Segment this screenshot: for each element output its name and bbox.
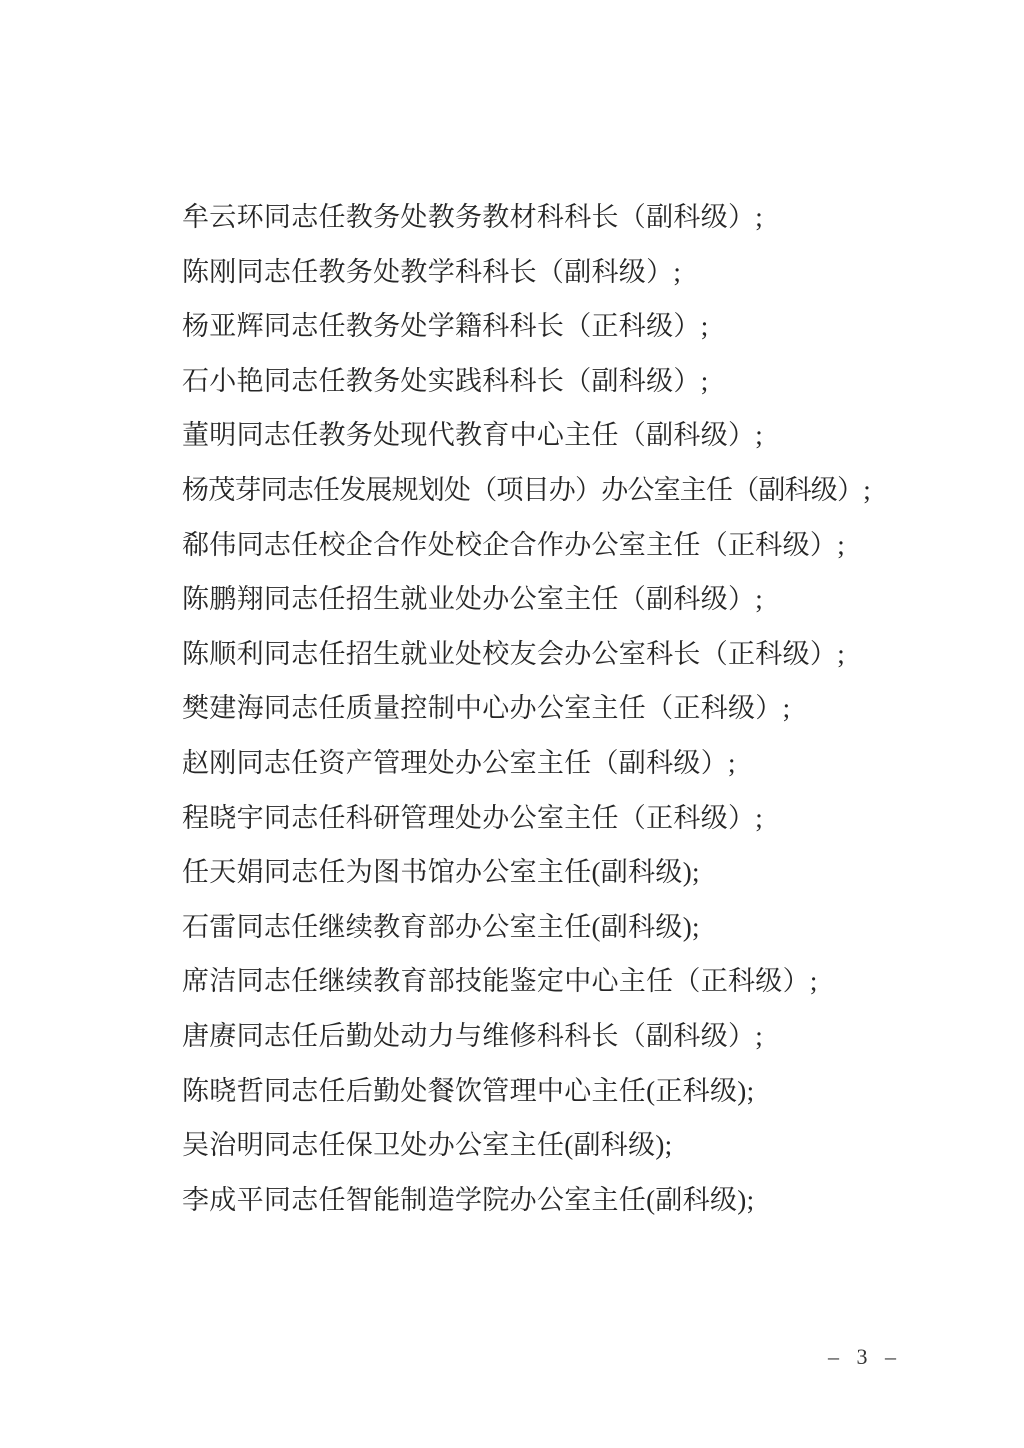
appointment-line: 李成平同志任智能制造学院办公室主任(副科级);: [182, 1173, 964, 1228]
appointment-line: 郗伟同志任校企合作处校企合作办公室主任（正科级）;: [182, 518, 964, 573]
appointment-line: 任天娟同志任为图书馆办公室主任(副科级);: [182, 845, 964, 900]
appointment-line: 陈顺利同志任招生就业处校友会办公室科长（正科级）;: [182, 627, 964, 682]
appointment-line: 石雷同志任继续教育部办公室主任(副科级);: [182, 900, 964, 955]
appointment-line: 席洁同志任继续教育部技能鉴定中心主任（正科级）;: [182, 954, 964, 1009]
appointment-line: 杨茂芽同志任发展规划处（项目办）办公室主任（副科级）;: [182, 463, 964, 518]
appointment-line: 杨亚辉同志任教务处学籍科科长（正科级）;: [182, 299, 964, 354]
appointment-line: 陈鹏翔同志任招生就业处办公室主任（副科级）;: [182, 572, 964, 627]
appointment-line: 陈刚同志任教务处教学科科长（副科级）;: [182, 245, 964, 300]
appointment-line: 董明同志任教务处现代教育中心主任（副科级）;: [182, 408, 964, 463]
appointment-line: 吴治明同志任保卫处办公室主任(副科级);: [182, 1118, 964, 1173]
appointment-line: 赵刚同志任资产管理处办公室主任（副科级）;: [182, 736, 964, 791]
appointment-line: 牟云环同志任教务处教务教材科科长（副科级）;: [182, 190, 964, 245]
appointment-line: 石小艳同志任教务处实践科科长（副科级）;: [182, 354, 964, 409]
appointment-list: 牟云环同志任教务处教务教材科科长（副科级）; 陈刚同志任教务处教学科科长（副科级…: [182, 190, 964, 1227]
document-page: 牟云环同志任教务处教务教材科科长（副科级）; 陈刚同志任教务处教学科科长（副科级…: [0, 0, 1024, 1448]
page-number: – 3 –: [828, 1342, 902, 1372]
appointment-line: 樊建海同志任质量控制中心办公室主任（正科级）;: [182, 681, 964, 736]
appointment-line: 程晓宇同志任科研管理处办公室主任（正科级）;: [182, 791, 964, 846]
appointment-line: 唐赓同志任后勤处动力与维修科科长（副科级）;: [182, 1009, 964, 1064]
appointment-line: 陈晓哲同志任后勤处餐饮管理中心主任(正科级);: [182, 1064, 964, 1119]
